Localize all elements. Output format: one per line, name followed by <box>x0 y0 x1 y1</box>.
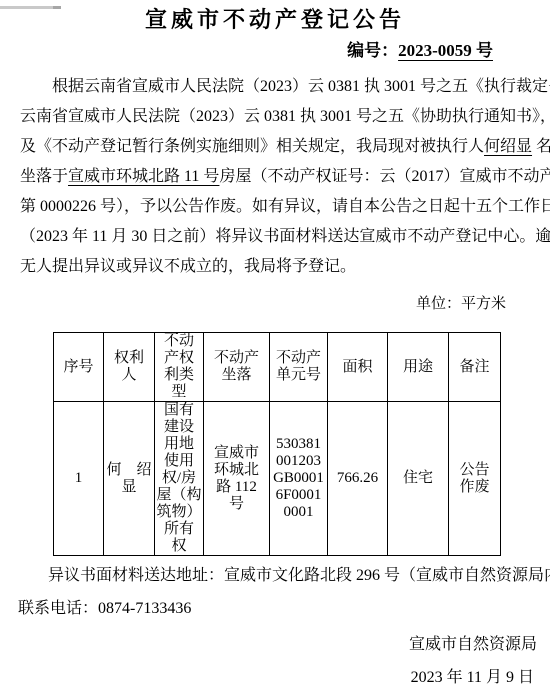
table-header-cell: 权利 人 <box>104 333 155 402</box>
issue-date: 2023 年 11 月 9 日 <box>0 667 534 689</box>
unit-note: 单位：平方米 <box>0 294 506 314</box>
paragraph-line: 及《不动产登记暂行条例实施细则》相关规定，我局现对被执行人何绍显 名下 <box>20 132 538 162</box>
screenshot-artifact-bar <box>0 6 57 9</box>
contact-phone-line: 联系电话：0874-7133436 <box>18 598 550 620</box>
text-segment: （2023 年 11 月 30 日之前）将异议书面材料送达宣威市不动产登记中心。… <box>20 228 550 245</box>
table-cell: 住宅 <box>388 402 449 556</box>
table-cell: 766.26 <box>328 402 388 556</box>
paragraph-line: （2023 年 11 月 30 日之前）将异议书面材料送达宣威市不动产登记中心。… <box>20 222 538 252</box>
text-segment: 及《不动产登记暂行条例实施细则》相关规定，我局现对被执行人 <box>20 138 484 155</box>
text-segment: 无人提出异议或异议不成立的，我局将予登记。 <box>20 258 356 275</box>
table-header-cell: 备注 <box>449 333 501 402</box>
table-body: 1何 绍 显国有 建设 用地 使用 权/房 屋（构 筑物） 所有 权宣威市 环城… <box>54 402 501 556</box>
table-header-cell: 面积 <box>328 333 388 402</box>
table-row: 1何 绍 显国有 建设 用地 使用 权/房 屋（构 筑物） 所有 权宣威市 环城… <box>54 402 501 556</box>
paragraph-line: 第 0000226 号），予以公告作废。如有异议，请自本公告之日起十五个工作日内 <box>20 192 538 222</box>
paragraph-line: 云南省宣威市人民法院（2023）云 0381 执 3001 号之五《协助执行通知… <box>20 102 538 132</box>
underlined-text: 宣威市环城北路 11 号 <box>68 168 219 185</box>
page-title: 宣威市不动产登记公告 <box>0 6 550 33</box>
table-cell: 530381 001203 GB0001 6F0001 0001 <box>270 402 328 556</box>
objection-address-line: 异议书面材料送达地址：宣威市文化路北段 296 号（宣威市自然资源局内） <box>48 565 550 587</box>
document-number-value: 2023-0059 号 <box>398 41 493 60</box>
table-cell: 1 <box>54 402 104 556</box>
paragraph-line: 根据云南省宣威市人民法院（2023）云 0381 执 3001 号之五《执行裁定… <box>20 72 538 102</box>
text-segment: 坐落于 <box>20 168 68 185</box>
table-header-cell: 用途 <box>388 333 449 402</box>
text-segment: 第 0000226 号），予以公告作废。如有异议，请自本公告之日起十五个工作日内 <box>20 198 550 215</box>
document-number-label: 编号： <box>347 41 398 60</box>
paragraph-line: 坐落于宣威市环城北路 11 号房屋（不动产权证号：云（2017）宣威市不动产权 <box>20 162 538 192</box>
table-cell: 国有 建设 用地 使用 权/房 屋（构 筑物） 所有 权 <box>155 402 204 556</box>
text-segment: 根据云南省宣威市人民法院（2023）云 0381 执 3001 号之五《执行裁定… <box>52 78 550 95</box>
paragraph-line: 无人提出异议或异议不成立的，我局将予登记。 <box>20 252 538 282</box>
text-segment: 云南省宣威市人民法院（2023）云 0381 执 3001 号之五《协助执行通知… <box>20 108 550 125</box>
table-header-row: 序号权利 人不动 产权 利类 型不动产 坐落不动产 单元号面积用途备注 <box>54 333 501 402</box>
table-header-cell: 序号 <box>54 333 104 402</box>
text-segment: 名下 <box>532 138 550 155</box>
table-header-cell: 不动产 单元号 <box>270 333 328 402</box>
announcement-paragraph: 根据云南省宣威市人民法院（2023）云 0381 执 3001 号之五《执行裁定… <box>20 72 538 282</box>
document-number-line: 编号：2023-0059 号 <box>0 40 493 62</box>
table-header-cell: 不动产 坐落 <box>204 333 270 402</box>
text-segment: 房屋（不动产权证号：云（2017）宣威市不动产权 <box>219 168 550 185</box>
announcement-document: 宣威市不动产登记公告 编号：2023-0059 号 根据云南省宣威市人民法院（2… <box>0 6 550 693</box>
table-cell: 宣威市 环城北 路 112 号 <box>204 402 270 556</box>
table-cell: 何 绍 显 <box>104 402 155 556</box>
issuing-authority: 宣威市自然资源局 <box>0 634 537 656</box>
table-cell: 公告 作废 <box>449 402 501 556</box>
table-header-cell: 不动 产权 利类 型 <box>155 333 204 402</box>
underlined-text: 何绍显 <box>484 138 532 155</box>
registration-table: 序号权利 人不动 产权 利类 型不动产 坐落不动产 单元号面积用途备注 1何 绍… <box>53 332 501 556</box>
